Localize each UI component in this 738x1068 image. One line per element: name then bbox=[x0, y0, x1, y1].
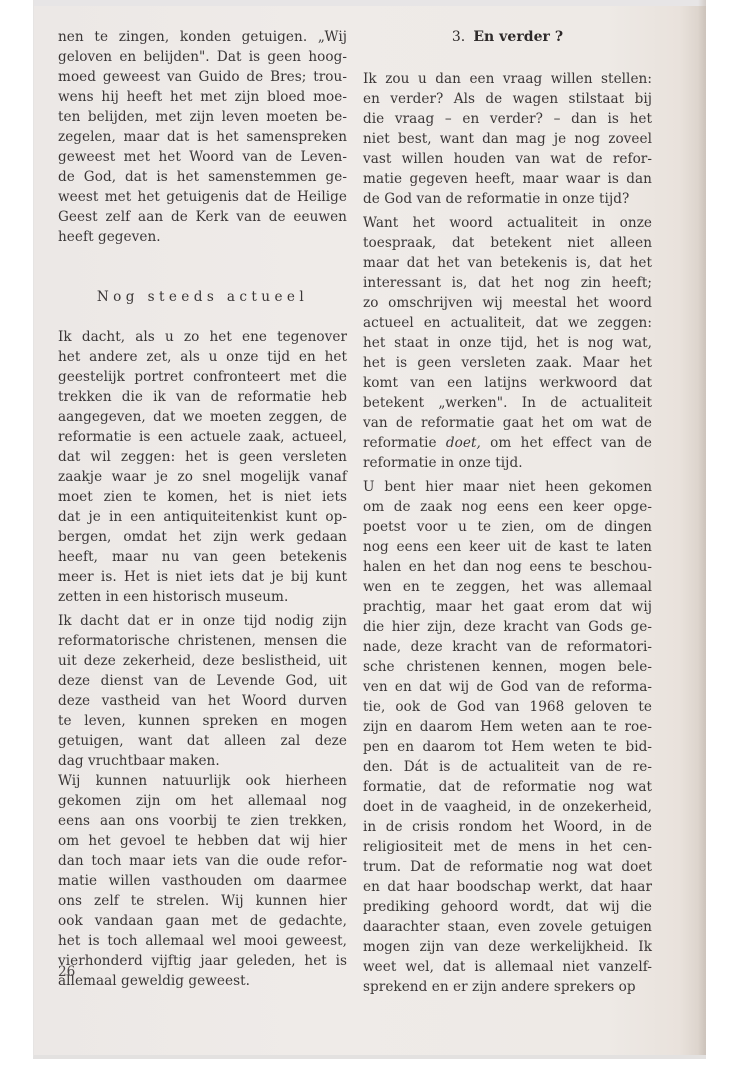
text-line: moet zien te komen, het is niet iets bbox=[58, 487, 347, 507]
text-line: dat wil zeggen: het is geen versleten bbox=[58, 447, 347, 467]
text-line: reformatie in onze tijd. bbox=[363, 453, 652, 473]
paragraph-nog-steeds-3: Wij kunnen natuurlijk ook hierheengekome… bbox=[58, 771, 347, 991]
text-line: zegelen, maar dat is het samenspreken bbox=[58, 127, 347, 147]
text-line: zo omschrijven wij meestal het woord bbox=[363, 293, 652, 313]
text-line: zaakje waar je zo snel mogelijk vanaf bbox=[58, 467, 347, 487]
paragraph-en-verder-3: U bent hier maar niet heen gekomenom de … bbox=[363, 477, 652, 997]
section-heading: Nog steeds actueel bbox=[58, 287, 347, 307]
chapter-heading: 3.En verder ? bbox=[363, 27, 652, 47]
text-line: vierhonderd vijftig jaar geleden, het is bbox=[58, 951, 347, 971]
paragraph-en-verder-1: Ik zou u dan een vraag willen stellen:en… bbox=[363, 69, 652, 209]
text-line: gekomen zijn om het allemaal nog bbox=[58, 791, 347, 811]
text-line: interessant is, dat het nog zin heeft; bbox=[363, 273, 652, 293]
text-line: actueel en actualiteit, dat we zeggen: bbox=[363, 313, 652, 333]
text-line: betekent „werken". In de actualiteit bbox=[363, 393, 652, 413]
text-line: van de reformatie gaat het om wat de bbox=[363, 413, 652, 433]
text-line: zetten in een historisch museum. bbox=[58, 587, 347, 607]
text-line: en dat haar boodschap werkt, dat haar bbox=[363, 877, 652, 897]
emphasis-doet: doet, bbox=[446, 435, 481, 451]
spacer bbox=[58, 247, 347, 287]
text-line: het is toch allemaal wel mooi geweest, bbox=[58, 931, 347, 951]
text-fragment: reformatie bbox=[363, 435, 446, 451]
text-line: Geest zelf aan de Kerk van de eeuwen bbox=[58, 207, 347, 227]
text-line: te leven, kunnen spreken en mogen bbox=[58, 711, 347, 731]
text-line: geestelijk portret confronteert met die bbox=[58, 367, 347, 387]
text-line: nen te zingen, konden getuigen. „Wij bbox=[58, 27, 347, 47]
text-line: trekken die ik van de reformatie heb bbox=[58, 387, 347, 407]
text-line: Ik dacht, als u zo het ene tegenover bbox=[58, 327, 347, 347]
text-line: weet wel, dat is allemaal niet vanzelf- bbox=[363, 957, 652, 977]
text-line: tie, ook de God van 1968 geloven te bbox=[363, 697, 652, 717]
text-line: en verder? Als de wagen stilstaat bij bbox=[363, 89, 652, 109]
text-line: deze vastheid van het Woord durven bbox=[58, 691, 347, 711]
text-line: pen en daarom tot Hem weten te bid- bbox=[363, 737, 652, 757]
left-column: nen te zingen, konden getuigen. „Wijgelo… bbox=[58, 27, 347, 991]
page-top-edge bbox=[34, 0, 706, 6]
text-line: die vraag – en verder? – dan is het bbox=[363, 109, 652, 129]
text-line: wen en te zeggen, het was allemaal bbox=[363, 577, 652, 597]
text-line: dat je in een antiquiteitenkist kunt op- bbox=[58, 507, 347, 527]
text-line: getuigen, want dat alleen zal deze bbox=[58, 731, 347, 751]
text-line: reformatie is een actuele zaak, actueel, bbox=[58, 427, 347, 447]
right-column: 3.En verder ? Ik zou u dan een vraag wil… bbox=[363, 27, 652, 997]
text-line: dag vruchtbaar maken. bbox=[58, 751, 347, 771]
text-line: weest met het getuigenis dat de Heilige bbox=[58, 187, 347, 207]
text-line: het staat in onze tijd, het is nog wat, bbox=[363, 333, 652, 353]
text-line: doet in de vaagheid, in de onzekerheid, bbox=[363, 797, 652, 817]
text-line: de God, dat is het samenstemmen ge- bbox=[58, 167, 347, 187]
text-line: halen en het dan nog eens te beschou- bbox=[363, 557, 652, 577]
text-line: Ik dacht dat er in onze tijd nodig zijn bbox=[58, 611, 347, 631]
text-line: daarachter staan, even zovele getuigen bbox=[363, 917, 652, 937]
text-fragment: om het effect van de bbox=[481, 435, 652, 451]
text-line: formatie, dat de reformatie nog wat bbox=[363, 777, 652, 797]
text-line: prediking gehoord wordt, dat wij die bbox=[363, 897, 652, 917]
page-number: 26 bbox=[58, 964, 75, 980]
chapter-number: 3. bbox=[452, 29, 465, 45]
text-line: deze dienst van de Levende God, uit bbox=[58, 671, 347, 691]
text-line: den. Dát is de actualiteit van de re- bbox=[363, 757, 652, 777]
text-line: dan toch maar iets van die oude refor- bbox=[58, 851, 347, 871]
text-line: trum. Dat de reformatie nog wat doet bbox=[363, 857, 652, 877]
text-line: Want het woord actualiteit in onze bbox=[363, 213, 652, 233]
chapter-title: En verder ? bbox=[473, 29, 563, 45]
text-line: nog eens een keer uit de kast te laten bbox=[363, 537, 652, 557]
text-line: om de zaak nog eens een keer opge- bbox=[363, 497, 652, 517]
text-line: prachtig, maar het gaat erom dat wij bbox=[363, 597, 652, 617]
text-line: komt van een latijns werkwoord dat bbox=[363, 373, 652, 393]
text-line: Ik zou u dan een vraag willen stellen: bbox=[363, 69, 652, 89]
text-line: om het gevoel te hebben dat wij hier bbox=[58, 831, 347, 851]
paragraph-lines: Want het woord actualiteit in onzetoespr… bbox=[363, 213, 652, 433]
text-line: ook vandaan gaan met de gedachte, bbox=[58, 911, 347, 931]
text-line: uit deze zekerheid, deze beslistheid, ui… bbox=[58, 651, 347, 671]
text-line: religiositeit met de mens in het cen- bbox=[363, 837, 652, 857]
text-line: reformatorische christenen, mensen die bbox=[58, 631, 347, 651]
text-line: mogen zijn van deze werkelijkheid. Ik bbox=[363, 937, 652, 957]
text-line: U bent hier maar niet heen gekomen bbox=[363, 477, 652, 497]
text-line: zijn en daarom Hem weten aan te roe- bbox=[363, 717, 652, 737]
text-line: matie willen vasthouden om daarmee bbox=[58, 871, 347, 891]
text-line: sprekend en er zijn andere sprekers op bbox=[363, 977, 652, 997]
text-line: het is geen versleten zaak. Maar het bbox=[363, 353, 652, 373]
paragraph-nog-steeds-2: Ik dacht dat er in onze tijd nodig zijnr… bbox=[58, 611, 347, 771]
paragraph-nog-steeds-1: Ik dacht, als u zo het ene tegenoverhet … bbox=[58, 327, 347, 607]
book-page: nen te zingen, konden getuigen. „Wijgelo… bbox=[33, 0, 706, 1059]
text-line: allemaal geweldig geweest. bbox=[58, 971, 347, 991]
spacer bbox=[363, 47, 652, 69]
text-line: poetst voor u te zien, om de dingen bbox=[363, 517, 652, 537]
text-line: aangegeven, dat we moeten zeggen, de bbox=[58, 407, 347, 427]
text-line: die hier zijn, deze kracht van Gods ge- bbox=[363, 617, 652, 637]
text-line: de God van de reformatie in onze tijd? bbox=[363, 189, 652, 209]
text-line: ven en dat wij de God van de reforma- bbox=[363, 677, 652, 697]
text-line: ons zelf te strelen. Wij kunnen hier bbox=[58, 891, 347, 911]
text-line: ten belijden, met zijn leven moeten be- bbox=[58, 107, 347, 127]
text-line: toespraak, dat betekent niet alleen bbox=[363, 233, 652, 253]
text-line: meer is. Het is niet iets dat je bij kun… bbox=[58, 567, 347, 587]
intro-paragraph: nen te zingen, konden getuigen. „Wijgelo… bbox=[58, 27, 347, 247]
text-line: bergen, omdat het zijn werk gedaan bbox=[58, 527, 347, 547]
text-line: niet best, want dan mag je nog zoveel bbox=[363, 129, 652, 149]
text-line: vast willen houden van wat de refor- bbox=[363, 149, 652, 169]
text-line: geweest met het Woord van de Leven- bbox=[58, 147, 347, 167]
text-line: nade, deze kracht van de reformatori- bbox=[363, 637, 652, 657]
text-line: moed geweest van Guido de Bres; trou- bbox=[58, 67, 347, 87]
text-line: heeft, maar nu van geen betekenis bbox=[58, 547, 347, 567]
text-line: geloven en belijden". Dat is geen hoog- bbox=[58, 47, 347, 67]
text-line: eens aan ons voorbij te zien trekken, bbox=[58, 811, 347, 831]
text-line: matie gegeven heeft, maar waar is dan bbox=[363, 169, 652, 189]
spacer bbox=[58, 307, 347, 327]
text-line: Wij kunnen natuurlijk ook hierheen bbox=[58, 771, 347, 791]
text-line: maar dat het van betekenis is, dat het bbox=[363, 253, 652, 273]
text-line: het andere zet, als u onze tijd en het bbox=[58, 347, 347, 367]
text-line: heeft gegeven. bbox=[58, 227, 347, 247]
text-line: sche christenen kennen, mogen bele- bbox=[363, 657, 652, 677]
text-line-emphasis: reformatie doet, om het effect van de bbox=[363, 433, 652, 453]
text-line: wens hij heeft het met zijn bloed moe- bbox=[58, 87, 347, 107]
text-line: in de crisis rondom het Woord, in de bbox=[363, 817, 652, 837]
paragraph-en-verder-2: Want het woord actualiteit in onzetoespr… bbox=[363, 213, 652, 473]
